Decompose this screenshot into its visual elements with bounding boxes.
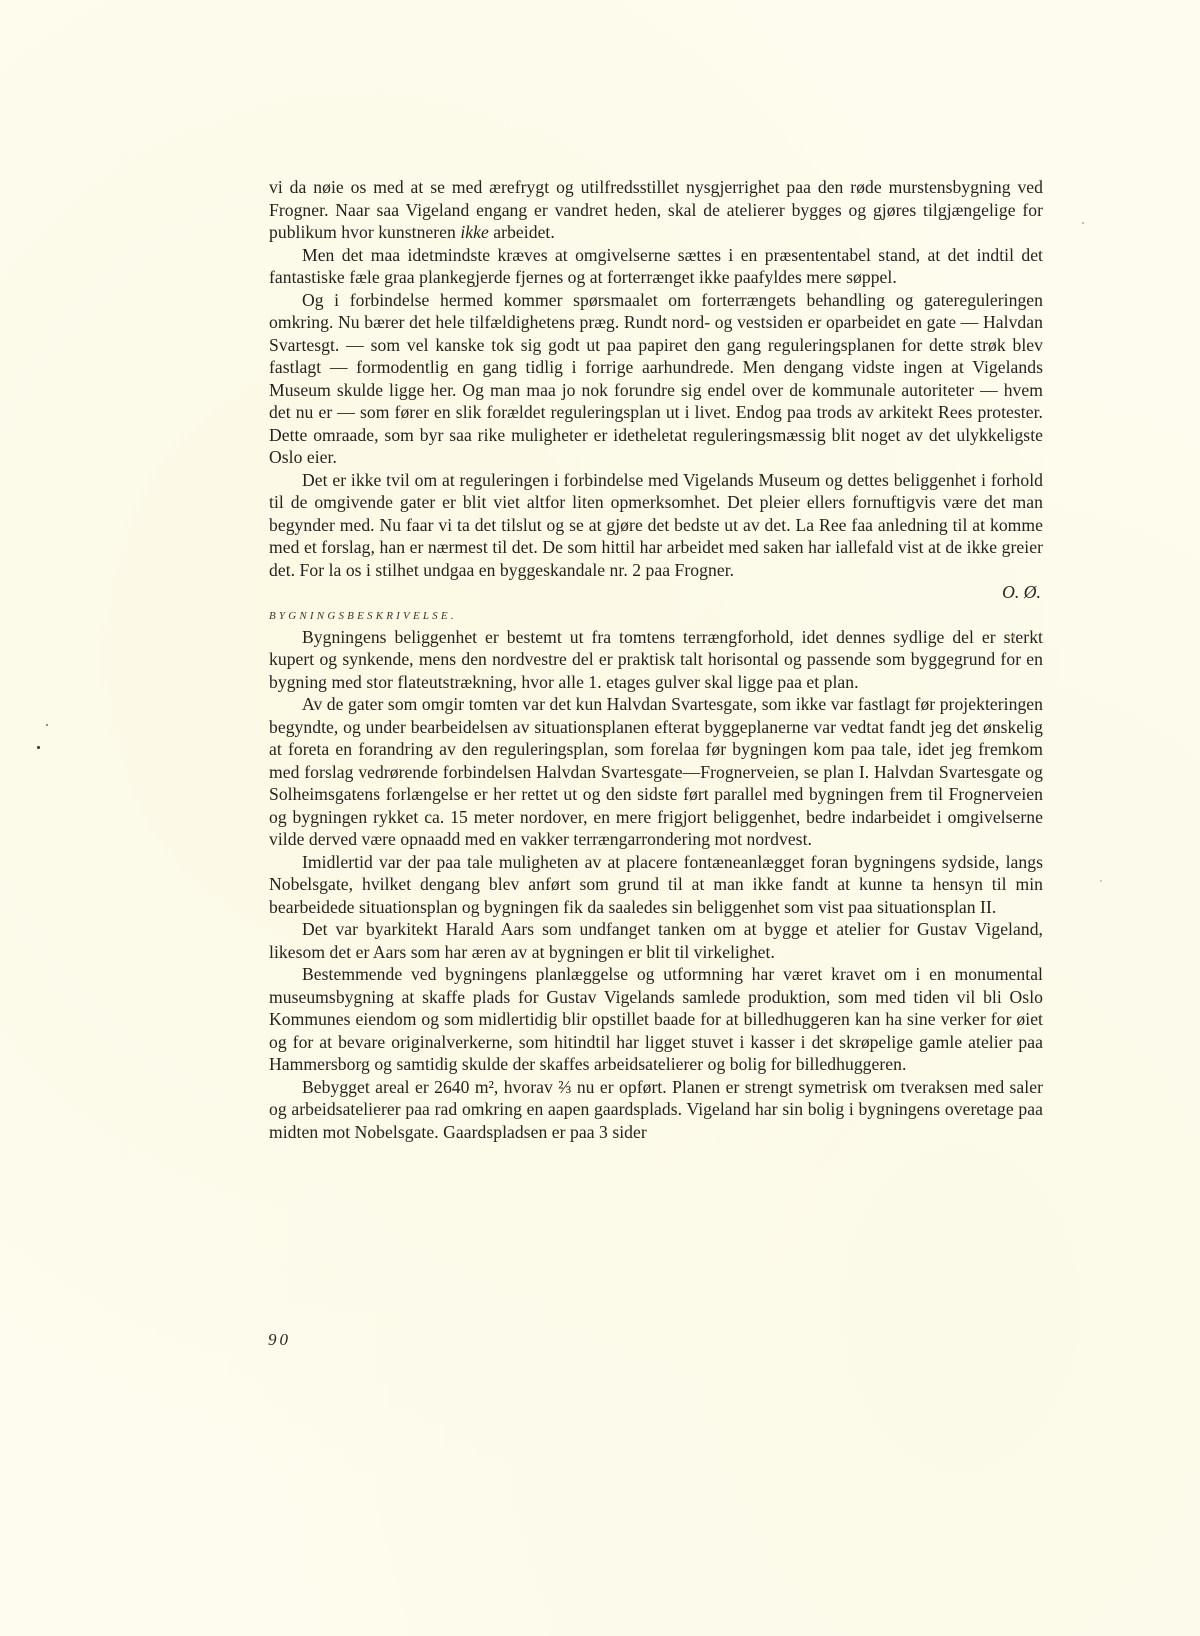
author-signature: O. Ø. — [1002, 581, 1043, 604]
paragraph-text: Imidlertid var der paa tale muligheten a… — [269, 852, 1043, 917]
scan-speck — [1082, 222, 1084, 224]
paragraph-text: Men det maa idetmindste kræves at omgive… — [269, 245, 1043, 288]
scan-speck — [46, 724, 48, 726]
section-heading: BYGNINGSBESKRIVELSE. — [269, 607, 1043, 625]
building-description: Bygningens beliggenhet er bestemt ut fra… — [269, 626, 1043, 1144]
article-continuation: vi da nøie os med at se med ærefrygt og … — [269, 176, 1043, 581]
description-paragraph: Bestemmende ved bygningens planlæggelse … — [269, 963, 1043, 1076]
paragraph-text: Bebygget areal er 2640 m², hvorav ⅔ nu e… — [269, 1077, 1043, 1142]
paragraph-text: Det er ikke tvil om at reguleringen i fo… — [269, 470, 1043, 580]
paragraph-text: Og i forbindelse hermed kommer spørsmaal… — [269, 290, 1043, 468]
paragraph-text: Bygningens beliggenhet er bestemt ut fra… — [269, 627, 1043, 692]
paragraph-text: arbeidet. — [489, 222, 555, 242]
emphasis-text: ikke — [460, 222, 489, 242]
scan-speck — [37, 746, 40, 749]
description-paragraph: Det var byarkitekt Harald Aars som undfa… — [269, 918, 1043, 963]
description-paragraph: Bebygget areal er 2640 m², hvorav ⅔ nu e… — [269, 1076, 1043, 1144]
description-paragraph: Bygningens beliggenhet er bestemt ut fra… — [269, 626, 1043, 694]
scan-speck — [1012, 635, 1015, 638]
description-paragraph: Av de gater som omgir tomten var det kun… — [269, 693, 1043, 851]
scan-speck — [1100, 880, 1102, 882]
article-paragraph: Det er ikke tvil om at reguleringen i fo… — [269, 469, 1043, 582]
scanned-page: vi da nøie os med at se med ærefrygt og … — [0, 0, 1200, 1636]
body-text: vi da nøie os med at se med ærefrygt og … — [269, 176, 1043, 1143]
paragraph-text: Av de gater som omgir tomten var det kun… — [269, 694, 1043, 849]
article-paragraph: Men det maa idetmindste kræves at omgive… — [269, 244, 1043, 289]
paragraph-text: Det var byarkitekt Harald Aars som undfa… — [269, 919, 1043, 962]
description-paragraph: Imidlertid var der paa tale muligheten a… — [269, 851, 1043, 919]
article-paragraph: vi da nøie os med at se med ærefrygt og … — [269, 176, 1043, 244]
paragraph-text: Bestemmende ved bygningens planlæggelse … — [269, 964, 1043, 1074]
article-paragraph: Og i forbindelse hermed kommer spørsmaal… — [269, 289, 1043, 469]
signature-line: O. Ø. — [269, 581, 1043, 604]
page-number: 90 — [268, 1330, 291, 1350]
paragraph-text: vi da nøie os med at se med ærefrygt og … — [269, 177, 1043, 242]
